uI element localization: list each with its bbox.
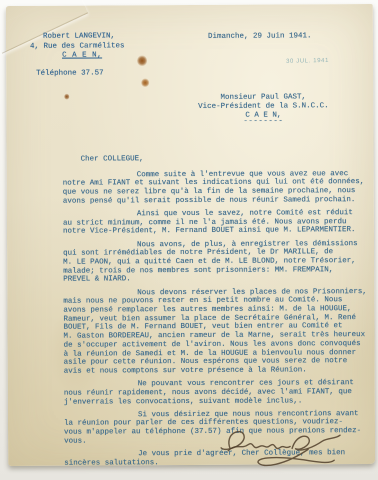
letter-paper: Robert LANGEVIN, 4, Rue des Carmélites C… bbox=[6, 4, 375, 466]
foxing-stain bbox=[64, 94, 69, 100]
date-line: Dimanche, 29 Juin 1941. bbox=[208, 32, 312, 41]
foxing-stain bbox=[141, 78, 149, 87]
sender-block: Robert LANGEVIN, 4, Rue des Carmélites C… bbox=[30, 32, 125, 78]
paragraph-2: Ainsi que vous le savez, notre Comité es… bbox=[63, 209, 377, 237]
paragraph-3: Nous avons, de plus, à enregistrer les d… bbox=[63, 240, 377, 285]
recipient-block: Monsieur Paul GAST, Vice-Président de la… bbox=[154, 93, 372, 127]
foxing-stain bbox=[137, 55, 147, 66]
paragraph-5: Ne pouvant vous rencontrer ces jours et … bbox=[64, 379, 378, 407]
sender-name: Robert LANGEVIN, bbox=[30, 32, 125, 42]
recipient-underline: -------- bbox=[154, 117, 372, 127]
sender-city: C A E N, bbox=[30, 51, 125, 61]
paragraph-1: Comme suite à l'entrevue que vous avez e… bbox=[63, 170, 377, 206]
sender-street: 4, Rue des Carmélites bbox=[30, 42, 125, 52]
paragraph-4: Nous devons réserver les places de nos P… bbox=[63, 288, 377, 377]
sender-phone: Téléphone 37.57 bbox=[30, 69, 125, 79]
salutation: Cher COLLEGUE, bbox=[81, 154, 377, 164]
received-date-stamp: 30 JUL. 1941 bbox=[286, 58, 329, 65]
handwritten-signature-icon bbox=[208, 420, 353, 475]
